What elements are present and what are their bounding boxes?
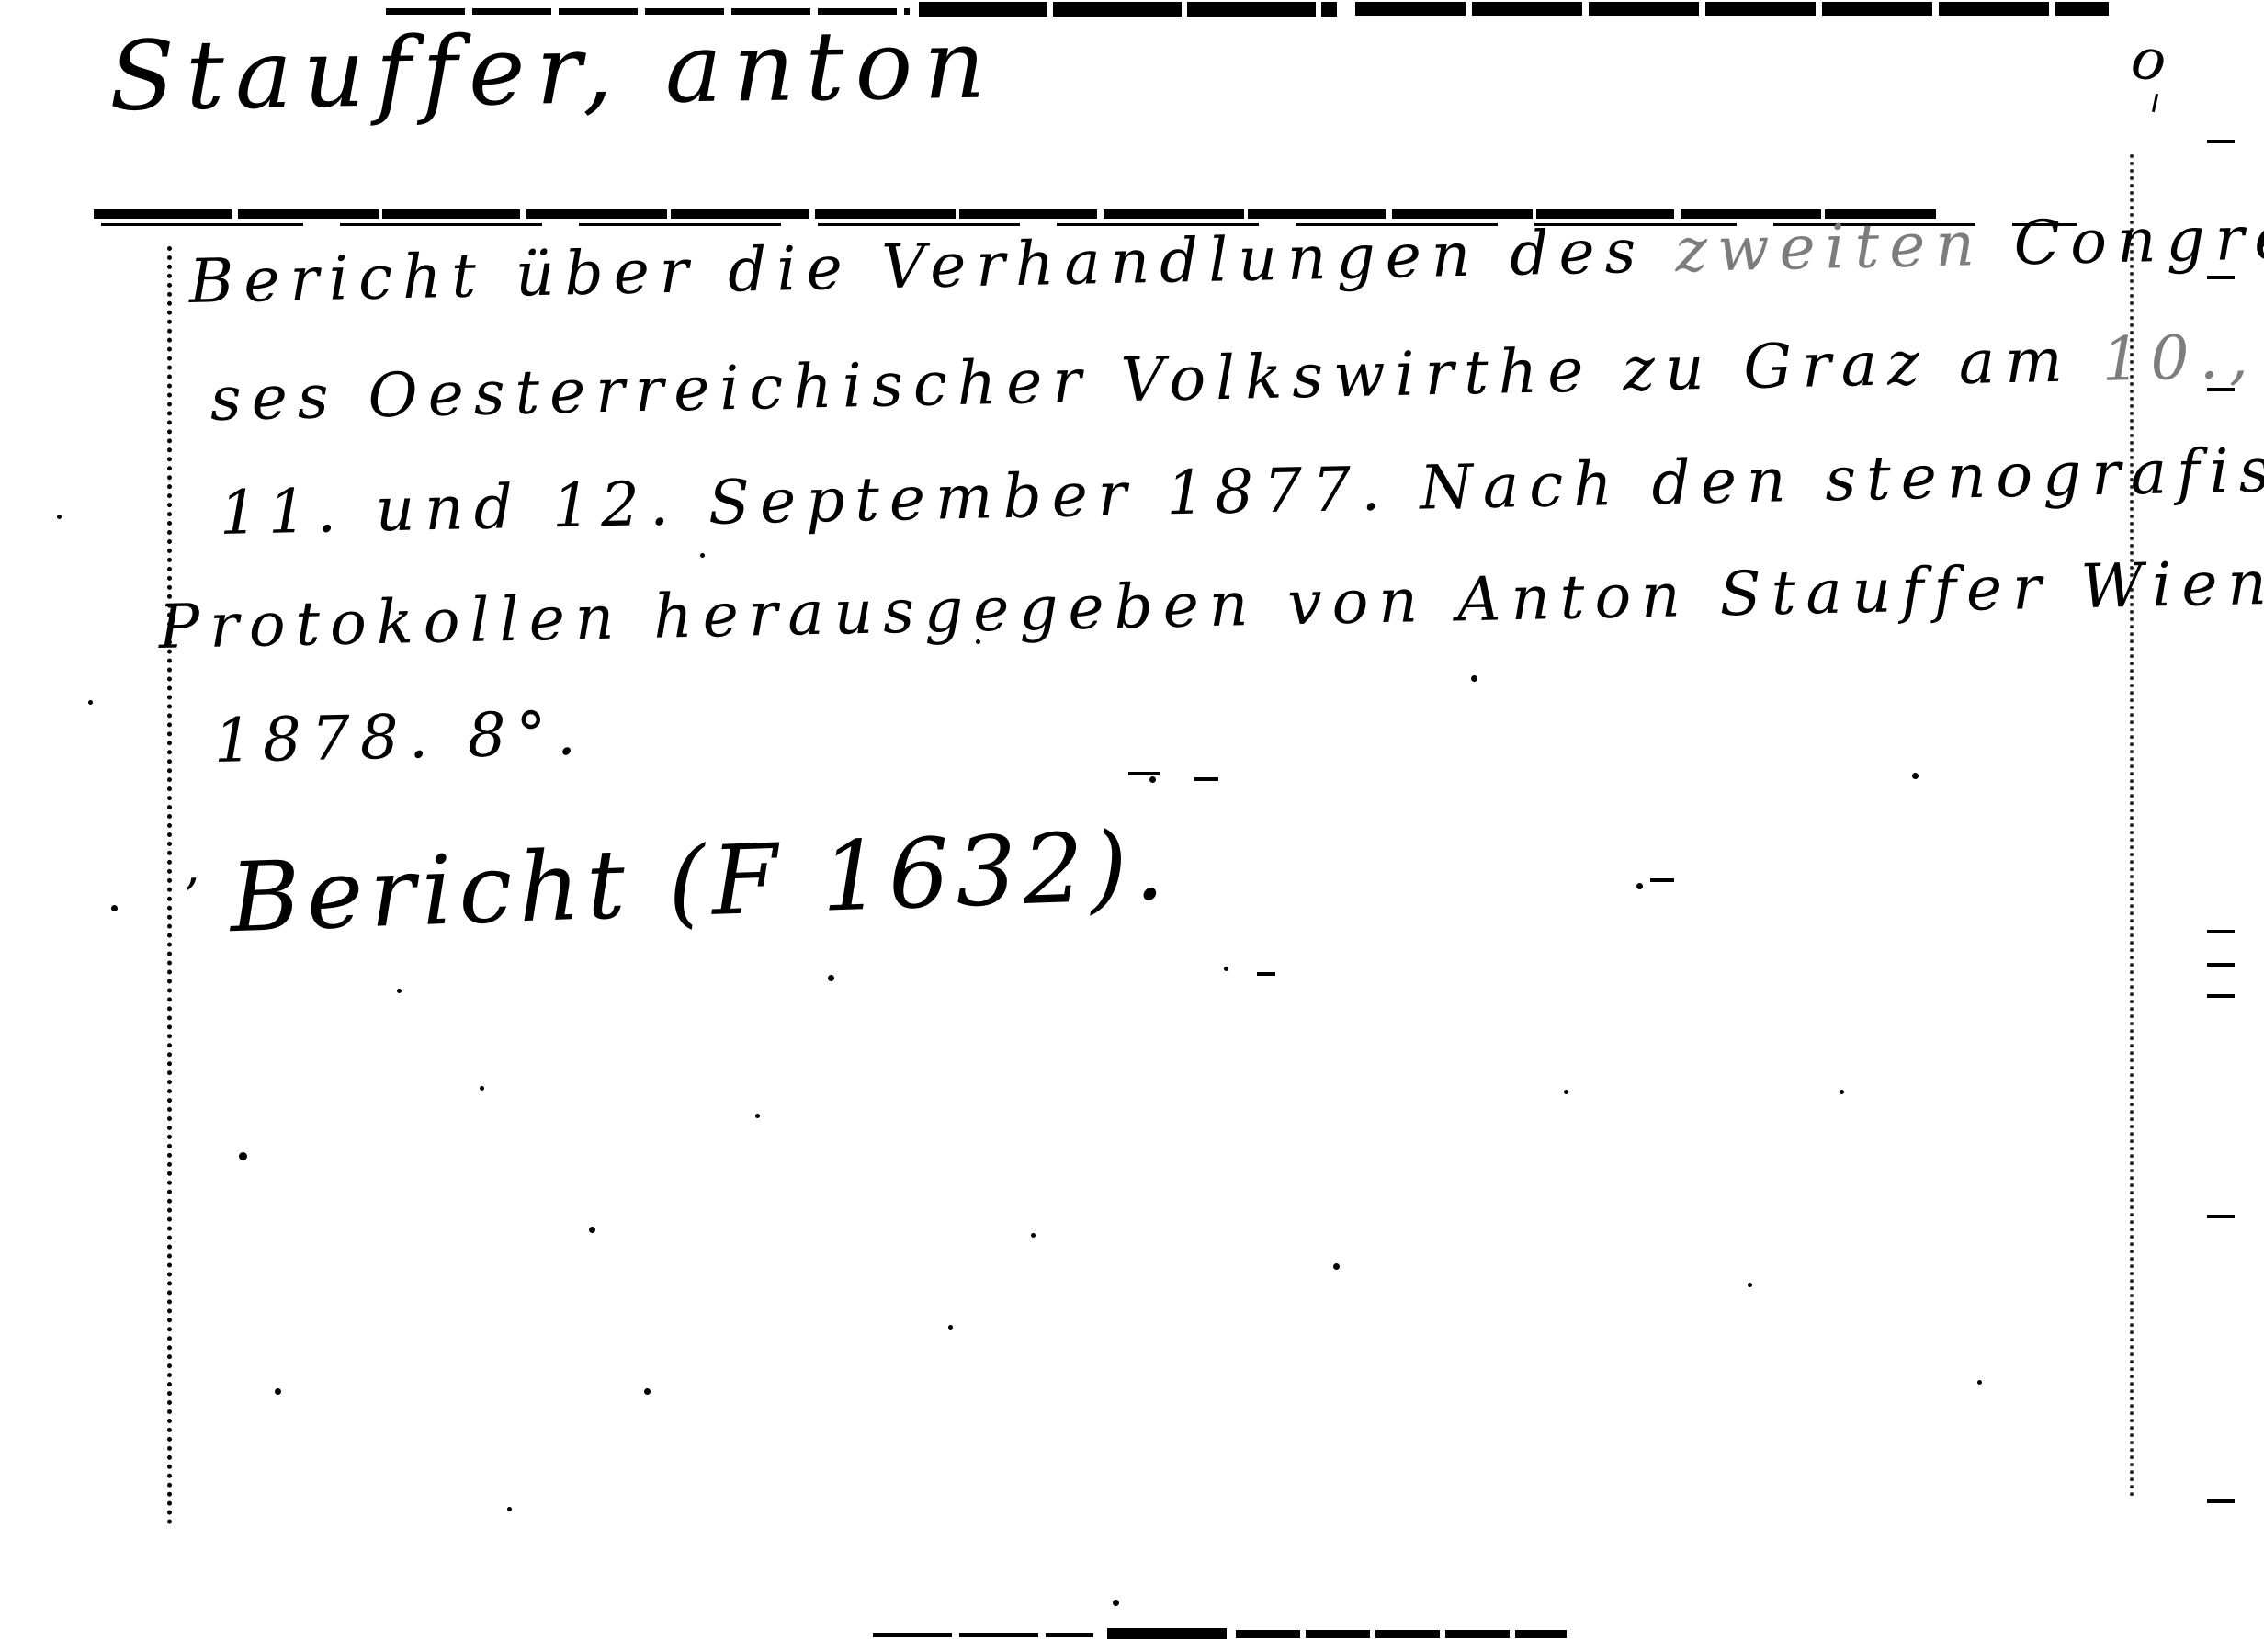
scan-noise-dots xyxy=(0,0,5,5)
right-margin-mark xyxy=(2207,276,2235,279)
reference-tick: ’ xyxy=(183,867,207,926)
scan-smudge xyxy=(1194,777,1218,781)
right-margin-mark xyxy=(2207,994,2235,998)
right-margin-mark xyxy=(2207,1499,2235,1503)
body-text-segment: Congres- xyxy=(1984,200,2264,279)
body-line-5: 1878. 8°. xyxy=(213,698,586,776)
corner-mark-tick xyxy=(2152,94,2158,112)
reference-text: Bericht (F 1632). xyxy=(228,809,1172,955)
scan-smudge xyxy=(1128,772,1160,775)
body-line-4: Protokollen herausgegeben von Anton Stau… xyxy=(158,548,2264,662)
right-margin-mark xyxy=(2207,140,2235,143)
right-margin-mark xyxy=(2207,930,2235,933)
catalog-card: o Stauffer, anton Bericht über die Verha… xyxy=(0,0,2264,1652)
body-line-2: ses Oesterreichischer Volkswirthe zu Gra… xyxy=(209,321,2258,435)
reference-line: ’Bericht (F 1632). xyxy=(182,809,1172,956)
bottom-edge-scan-artifact xyxy=(1107,1628,1227,1639)
body-text-segment: Bericht über die Verhandlungen des xyxy=(188,215,1676,317)
scan-smudge xyxy=(1257,972,1275,976)
body-text-segment: ses Oesterreichischer Volkswirthe zu Gra… xyxy=(209,324,2102,435)
bottom-edge-scan-artifact xyxy=(873,1633,1093,1637)
bottom-edge-scan-artifact xyxy=(1236,1630,1567,1638)
right-margin-mark xyxy=(2207,963,2235,967)
corner-mark: o xyxy=(2127,24,2170,95)
top-edge-scan-artifact xyxy=(1355,2,2109,16)
scan-smudge xyxy=(1650,878,1674,882)
heading-author: Stauffer, anton xyxy=(108,8,997,132)
body-line-3: 11. und 12. September 1877. Nach den ste… xyxy=(219,431,2264,549)
body-text-segment-faint: zweiten xyxy=(1674,209,1985,286)
right-margin-mark xyxy=(2207,1215,2235,1218)
body-text-segment-faint: 10., xyxy=(2101,321,2259,395)
left-margin-dotted-line xyxy=(167,246,172,1525)
